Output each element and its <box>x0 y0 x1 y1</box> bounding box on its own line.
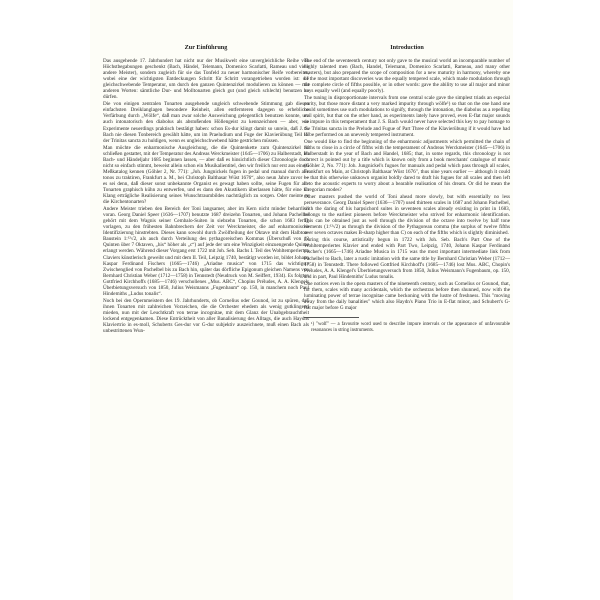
english-paragraph: The tuning in disproportionate intervals… <box>304 95 510 137</box>
english-paragraph: One would like to find the beginning of … <box>304 139 510 193</box>
english-paragraph: The end of the seventeenth century not o… <box>304 58 510 94</box>
english-paragraph: One notices even in the opera masters of… <box>304 281 510 311</box>
german-paragraph: Man möchte die enharmonische Ausgleichun… <box>103 145 309 205</box>
german-paragraph: Das ausgehende 17. Jahrhundert hat nicht… <box>103 58 309 100</box>
english-paragraph: During this course, artistically begun i… <box>304 237 510 279</box>
english-column: Introduction The end of the seventeenth … <box>304 44 510 334</box>
german-title: Zur Einführung <box>103 44 309 52</box>
footnote: ¹) "wolf" — a favourite word used to des… <box>304 322 510 334</box>
german-column: Zur Einführung Das ausgehende 17. Jahrhu… <box>103 44 309 334</box>
german-paragraph: Andere Meister trieben den Bereich der T… <box>103 206 309 297</box>
german-paragraph: Die von einigen zentralen Tonarten ausge… <box>103 101 309 143</box>
english-title: Introduction <box>304 44 510 52</box>
english-paragraph: Other masters pushed the world of Toni a… <box>304 194 510 236</box>
german-paragraph: Noch bei den Opernmeistern des 19. Jahrh… <box>103 298 309 334</box>
footnote-divider <box>304 317 359 318</box>
